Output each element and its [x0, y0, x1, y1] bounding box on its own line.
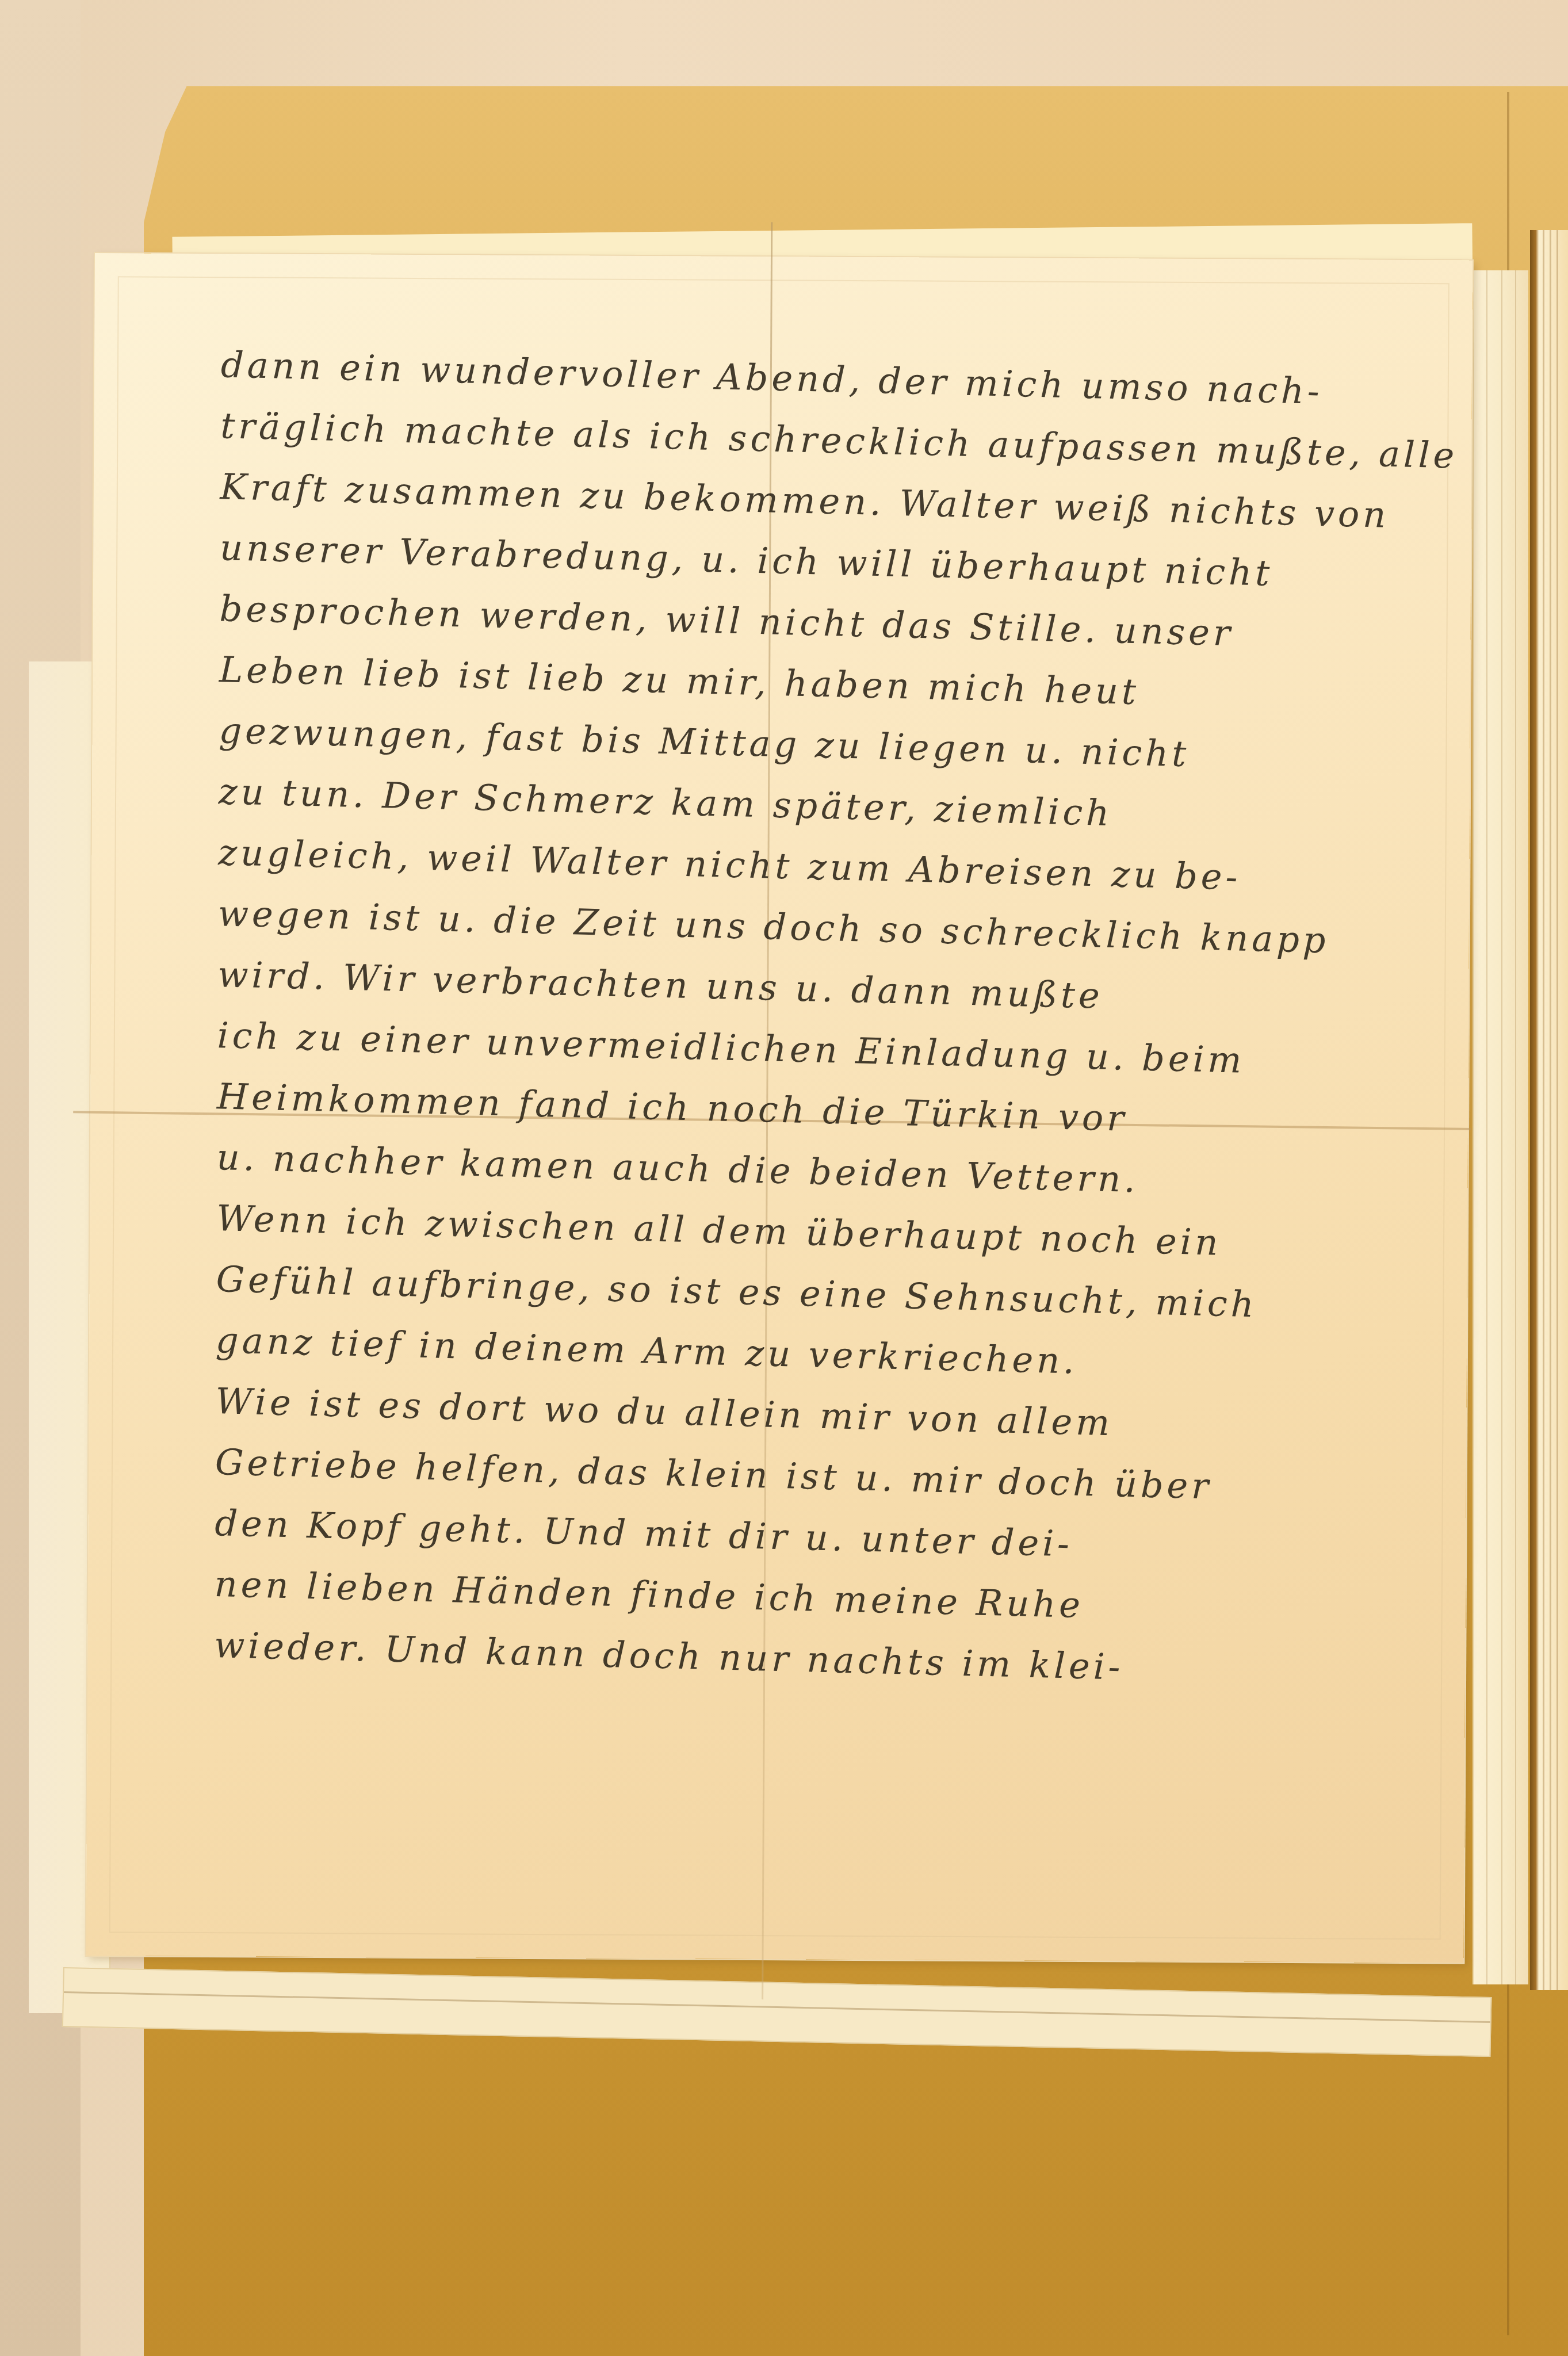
- handwritten-text: dann ein wundervoller Abend, der mich um…: [214, 334, 1452, 1682]
- adjacent-page-stack: [1530, 230, 1568, 1990]
- letter-page: dann ein wundervoller Abend, der mich um…: [86, 253, 1473, 1963]
- letter-page-edges: [1473, 270, 1528, 1984]
